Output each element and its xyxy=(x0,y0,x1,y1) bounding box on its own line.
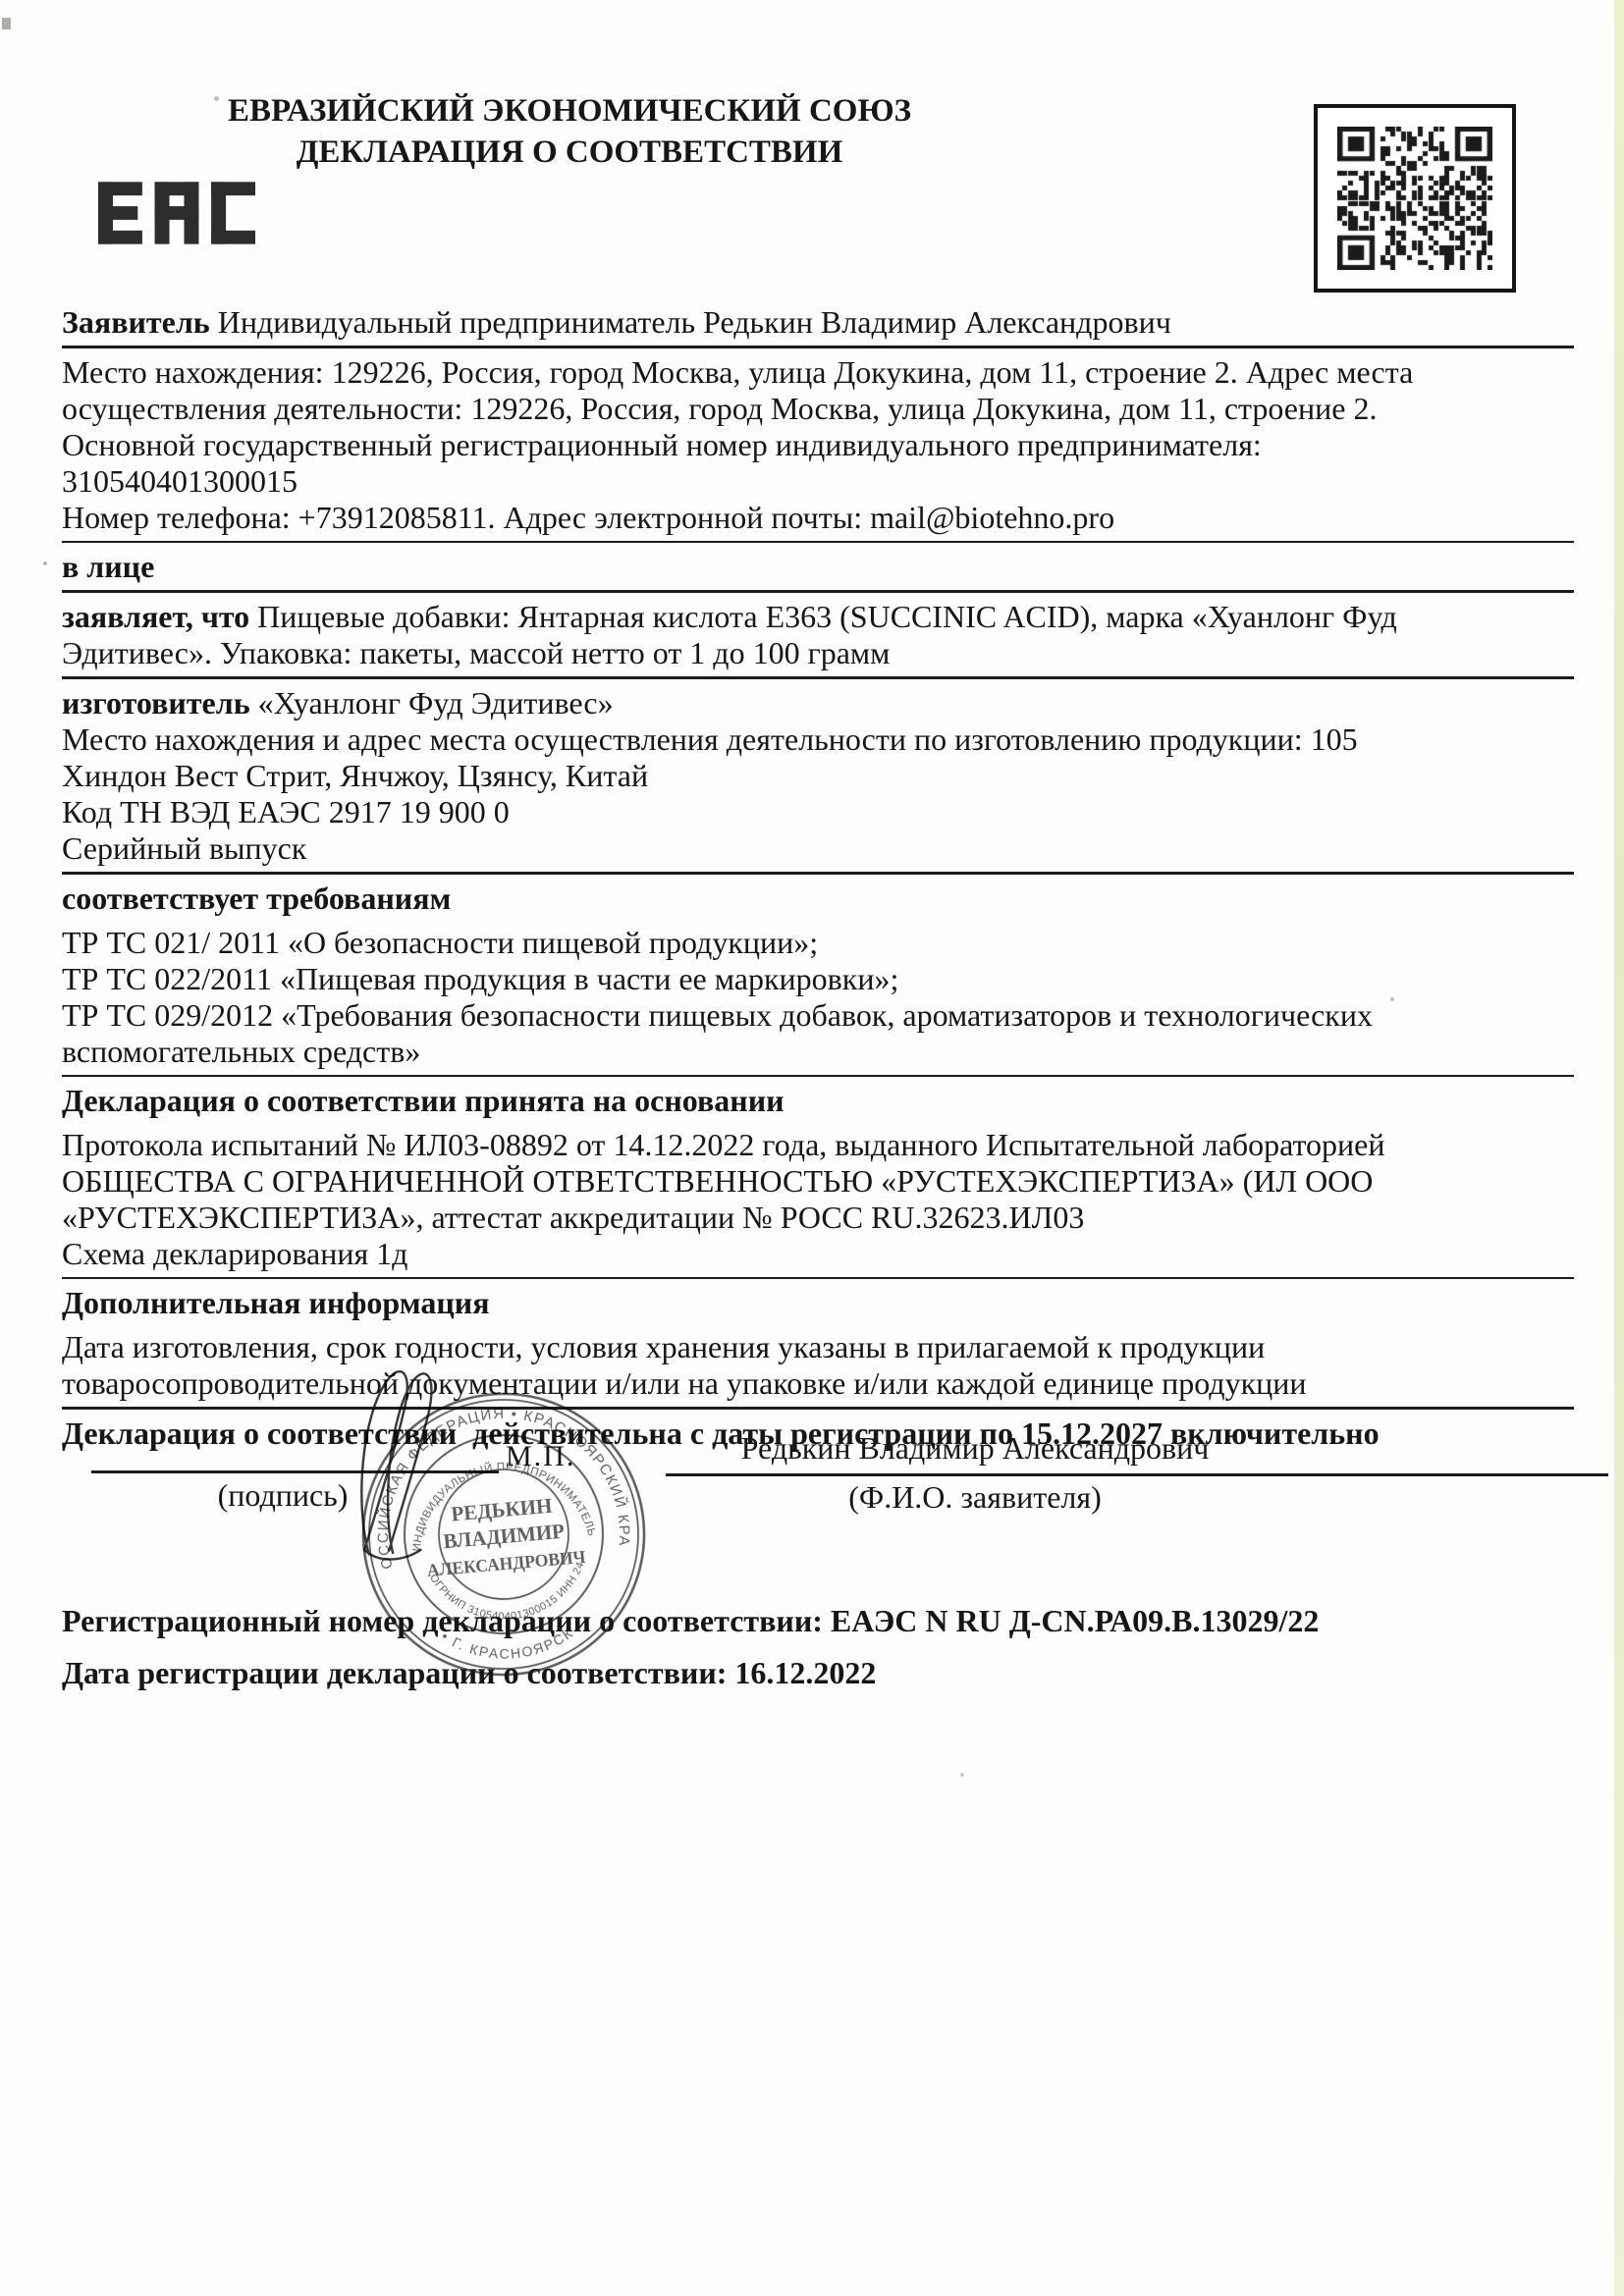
divider xyxy=(62,1277,1574,1279)
additional-info-line: Дата изготовления, срок годности, услови… xyxy=(62,1329,1574,1365)
qr-code-icon xyxy=(1314,104,1516,293)
declares-label: заявляет, что xyxy=(62,599,249,634)
declaration-scheme-line: Схема декларирования 1д xyxy=(62,1236,1574,1272)
divider xyxy=(62,1075,1574,1077)
document-title-line1: ЕВРАЗИЙСКИЙ ЭКОНОМИЧЕСКИЙ СОЮЗ xyxy=(226,90,913,132)
declares-line: заявляет, что Пищевые добавки: Янтарная … xyxy=(62,599,1574,635)
regulation-line: ТР ТС 022/2011 «Пищевая продукция в част… xyxy=(62,961,1574,997)
applicant-line: Заявитель Индивидуальный предприниматель… xyxy=(62,304,1574,341)
divider xyxy=(62,590,1574,593)
regulation-line: ТР ТС 029/2012 «Требования безопасности … xyxy=(62,997,1574,1034)
scan-noise-dot xyxy=(43,561,47,565)
applicant-address-line: Место нахождения: 129226, Россия, город … xyxy=(62,354,1574,391)
fio-line xyxy=(666,1473,1608,1476)
document-title-line2: ДЕКЛАРАЦИЯ О СООТВЕТСТВИИ xyxy=(226,132,913,173)
manufacturer-address-line: Место нахождения и адрес места осуществл… xyxy=(62,721,1574,758)
divider xyxy=(62,346,1574,348)
product-description-line2: Эдитивес». Упаковка: пакеты, массой нетт… xyxy=(62,635,1574,671)
applicant-address-line: Основной государственный регистрационный… xyxy=(62,427,1574,463)
manufacturer-name: «Хуанлонг Фуд Эдитивес» xyxy=(258,685,614,721)
applicant-address-line: осуществления деятельности: 129226, Росс… xyxy=(62,391,1574,427)
applicant-phone-line: Номер телефона: +73912085811. Адрес элек… xyxy=(62,500,1574,536)
in-person-label: в лице xyxy=(62,549,1574,585)
applicant-label: Заявитель xyxy=(62,304,210,340)
regulation-line: ТР ТС 021/ 2011 «О безопасности пищевой … xyxy=(62,925,1574,961)
manufacturer-address-line: Хиндон Вест Стрит, Янчжоу, Цзянсу, Китай xyxy=(62,758,1574,794)
regulation-line: вспомогательных средств» xyxy=(62,1034,1574,1070)
registration-date-line: Дата регистрации декларации о соответств… xyxy=(62,1655,1574,1691)
eac-mark-icon xyxy=(98,157,255,269)
declaration-document-page: ЕВРАЗИЙСКИЙ ЭКОНОМИЧЕСКИЙ СОЮЗ ДЕКЛАРАЦИ… xyxy=(0,0,1624,2296)
scan-noise-dot xyxy=(960,1773,964,1777)
basis-heading: Декларация о соответствии принята на осн… xyxy=(62,1083,1574,1119)
additional-info-heading: Дополнительная информация xyxy=(62,1285,1574,1321)
handwritten-signature xyxy=(319,1362,496,1577)
release-type-line: Серийный выпуск xyxy=(62,830,1574,867)
qr-code-pattern xyxy=(1337,127,1492,270)
tnved-code-line: Код ТН ВЭД ЕАЭС 2917 19 900 0 xyxy=(62,794,1574,830)
scan-noise-dot xyxy=(214,96,219,101)
scan-edge-strip xyxy=(1614,0,1624,2296)
applicant-fio-name: Редькин Владимир Александрович xyxy=(612,1430,1338,1467)
scan-corner-mark xyxy=(2,18,11,29)
manufacturer-line: изготовитель «Хуанлонг Фуд Эдитивес» xyxy=(62,685,1574,721)
divider xyxy=(62,676,1574,679)
product-description: Пищевые добавки: Янтарная кислота Е363 (… xyxy=(257,599,1397,634)
test-protocol-line: Протокола испытаний № ИЛ03-08892 от 14.1… xyxy=(62,1127,1574,1163)
compliance-heading: соответствует требованиям xyxy=(62,881,1574,917)
fio-caption: (Ф.И.О. заявителя) xyxy=(612,1479,1338,1516)
divider xyxy=(62,541,1574,543)
manufacturer-label: изготовитель xyxy=(62,685,250,721)
applicant-ogrn-value: 310540401300015 xyxy=(62,463,1574,500)
test-protocol-line: «РУСТЕХЭКСПЕРТИЗА», аттестат аккредитаци… xyxy=(62,1200,1574,1236)
registration-section: Регистрационный номер декларации о соотв… xyxy=(62,1603,1574,1707)
document-body: Заявитель Индивидуальный предприниматель… xyxy=(62,304,1574,1452)
divider xyxy=(62,872,1574,875)
applicant-name: Индивидуальный предприниматель Редькин В… xyxy=(218,304,1171,340)
document-title: ЕВРАЗИЙСКИЙ ЭКОНОМИЧЕСКИЙ СОЮЗ ДЕКЛАРАЦИ… xyxy=(226,90,913,173)
registration-number-line: Регистрационный номер декларации о соотв… xyxy=(62,1603,1574,1639)
test-protocol-line: ОБЩЕСТВА С ОГРАНИЧЕННОЙ ОТВЕТСТВЕННОСТЬЮ… xyxy=(62,1163,1574,1200)
